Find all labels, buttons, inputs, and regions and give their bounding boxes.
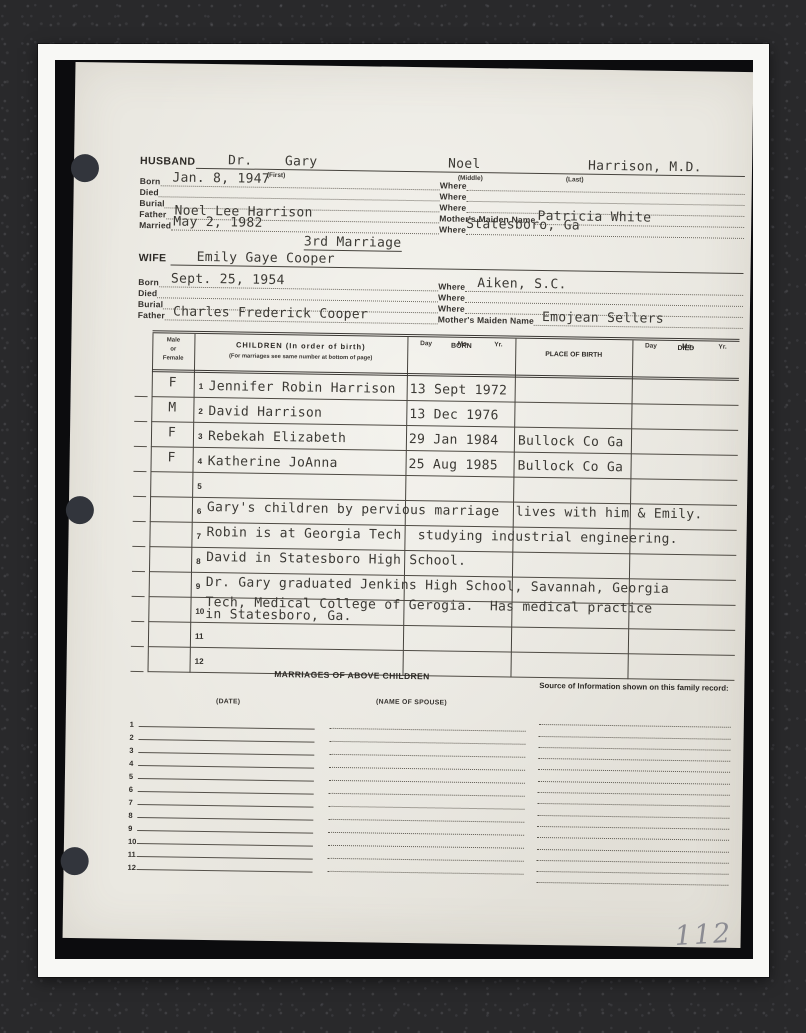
where-label: Where xyxy=(439,224,466,234)
spouse-column-label: (NAME OF SPOUSE) xyxy=(376,699,447,707)
husband-married-where-value: Statesboro, Ga xyxy=(466,218,580,233)
married-label: Married xyxy=(139,220,171,230)
children-column-header: CHILDREN (In order of birth) (For marria… xyxy=(194,334,407,362)
mother-maiden-label: Mother's Maiden Name xyxy=(438,314,534,325)
sex-column-header: Male or Female xyxy=(152,336,194,364)
husband-married-value: May 2, 1982 xyxy=(173,215,263,229)
scan-background: HUSBAND Dr. Gary Noel Harrison, M.D. (Fi… xyxy=(55,60,753,959)
wife-mother-maiden-value: Emojean Sellers xyxy=(542,311,664,326)
date-column-label: (DATE) xyxy=(216,698,240,705)
photo-frame: HUSBAND Dr. Gary Noel Harrison, M.D. (Fi… xyxy=(38,44,769,977)
husband-middle-name: Noel xyxy=(448,158,481,171)
source-line xyxy=(536,872,728,886)
wife-name-value: Emily Gaye Cooper xyxy=(197,251,335,266)
wife-name-row: WIFE Emily Gaye Cooper xyxy=(139,248,744,274)
scanned-page: HUSBAND Dr. Gary Noel Harrison, M.D. (Fi… xyxy=(63,62,753,948)
husband-label: HUSBAND xyxy=(140,155,195,168)
born-column-header: BORN Day Mo. Yr. xyxy=(407,337,515,351)
hole-punch-top xyxy=(71,154,99,182)
died-column-header: DIED Day Mo. Yr. xyxy=(632,340,739,353)
husband-last-name: Harrison, M.D. xyxy=(588,160,702,175)
children-table: Male or Female CHILDREN (In order of bir… xyxy=(147,330,739,681)
handwritten-page-number: 112 xyxy=(674,918,733,952)
husband-first-name: Dr. Gary xyxy=(228,154,318,168)
marriage-lines: 1 2 3 4 5 6 7 8 9 10 11 12 xyxy=(128,714,530,876)
marriages-title: MARRIAGES OF ABOVE CHILDREN xyxy=(269,669,434,681)
hole-punch-bottom xyxy=(60,847,88,875)
source-lines xyxy=(536,714,730,886)
place-column-header: PLACE OF BIRTH xyxy=(515,351,632,360)
wife-born-where-value: Aiken, S.C. xyxy=(477,277,567,291)
wife-father-value: Charles Frederick Cooper xyxy=(173,305,368,321)
father-label: Father xyxy=(138,310,165,320)
husband-born-value: Jan. 8, 1947 xyxy=(172,171,270,185)
marriage-number-note: 3rd Marriage xyxy=(304,235,402,251)
wife-label: WIFE xyxy=(139,252,167,264)
wife-born-value: Sept. 25, 1954 xyxy=(171,272,285,287)
hole-punch-middle xyxy=(66,496,94,524)
source-of-information-label: Source of Information shown on this fami… xyxy=(539,681,731,694)
